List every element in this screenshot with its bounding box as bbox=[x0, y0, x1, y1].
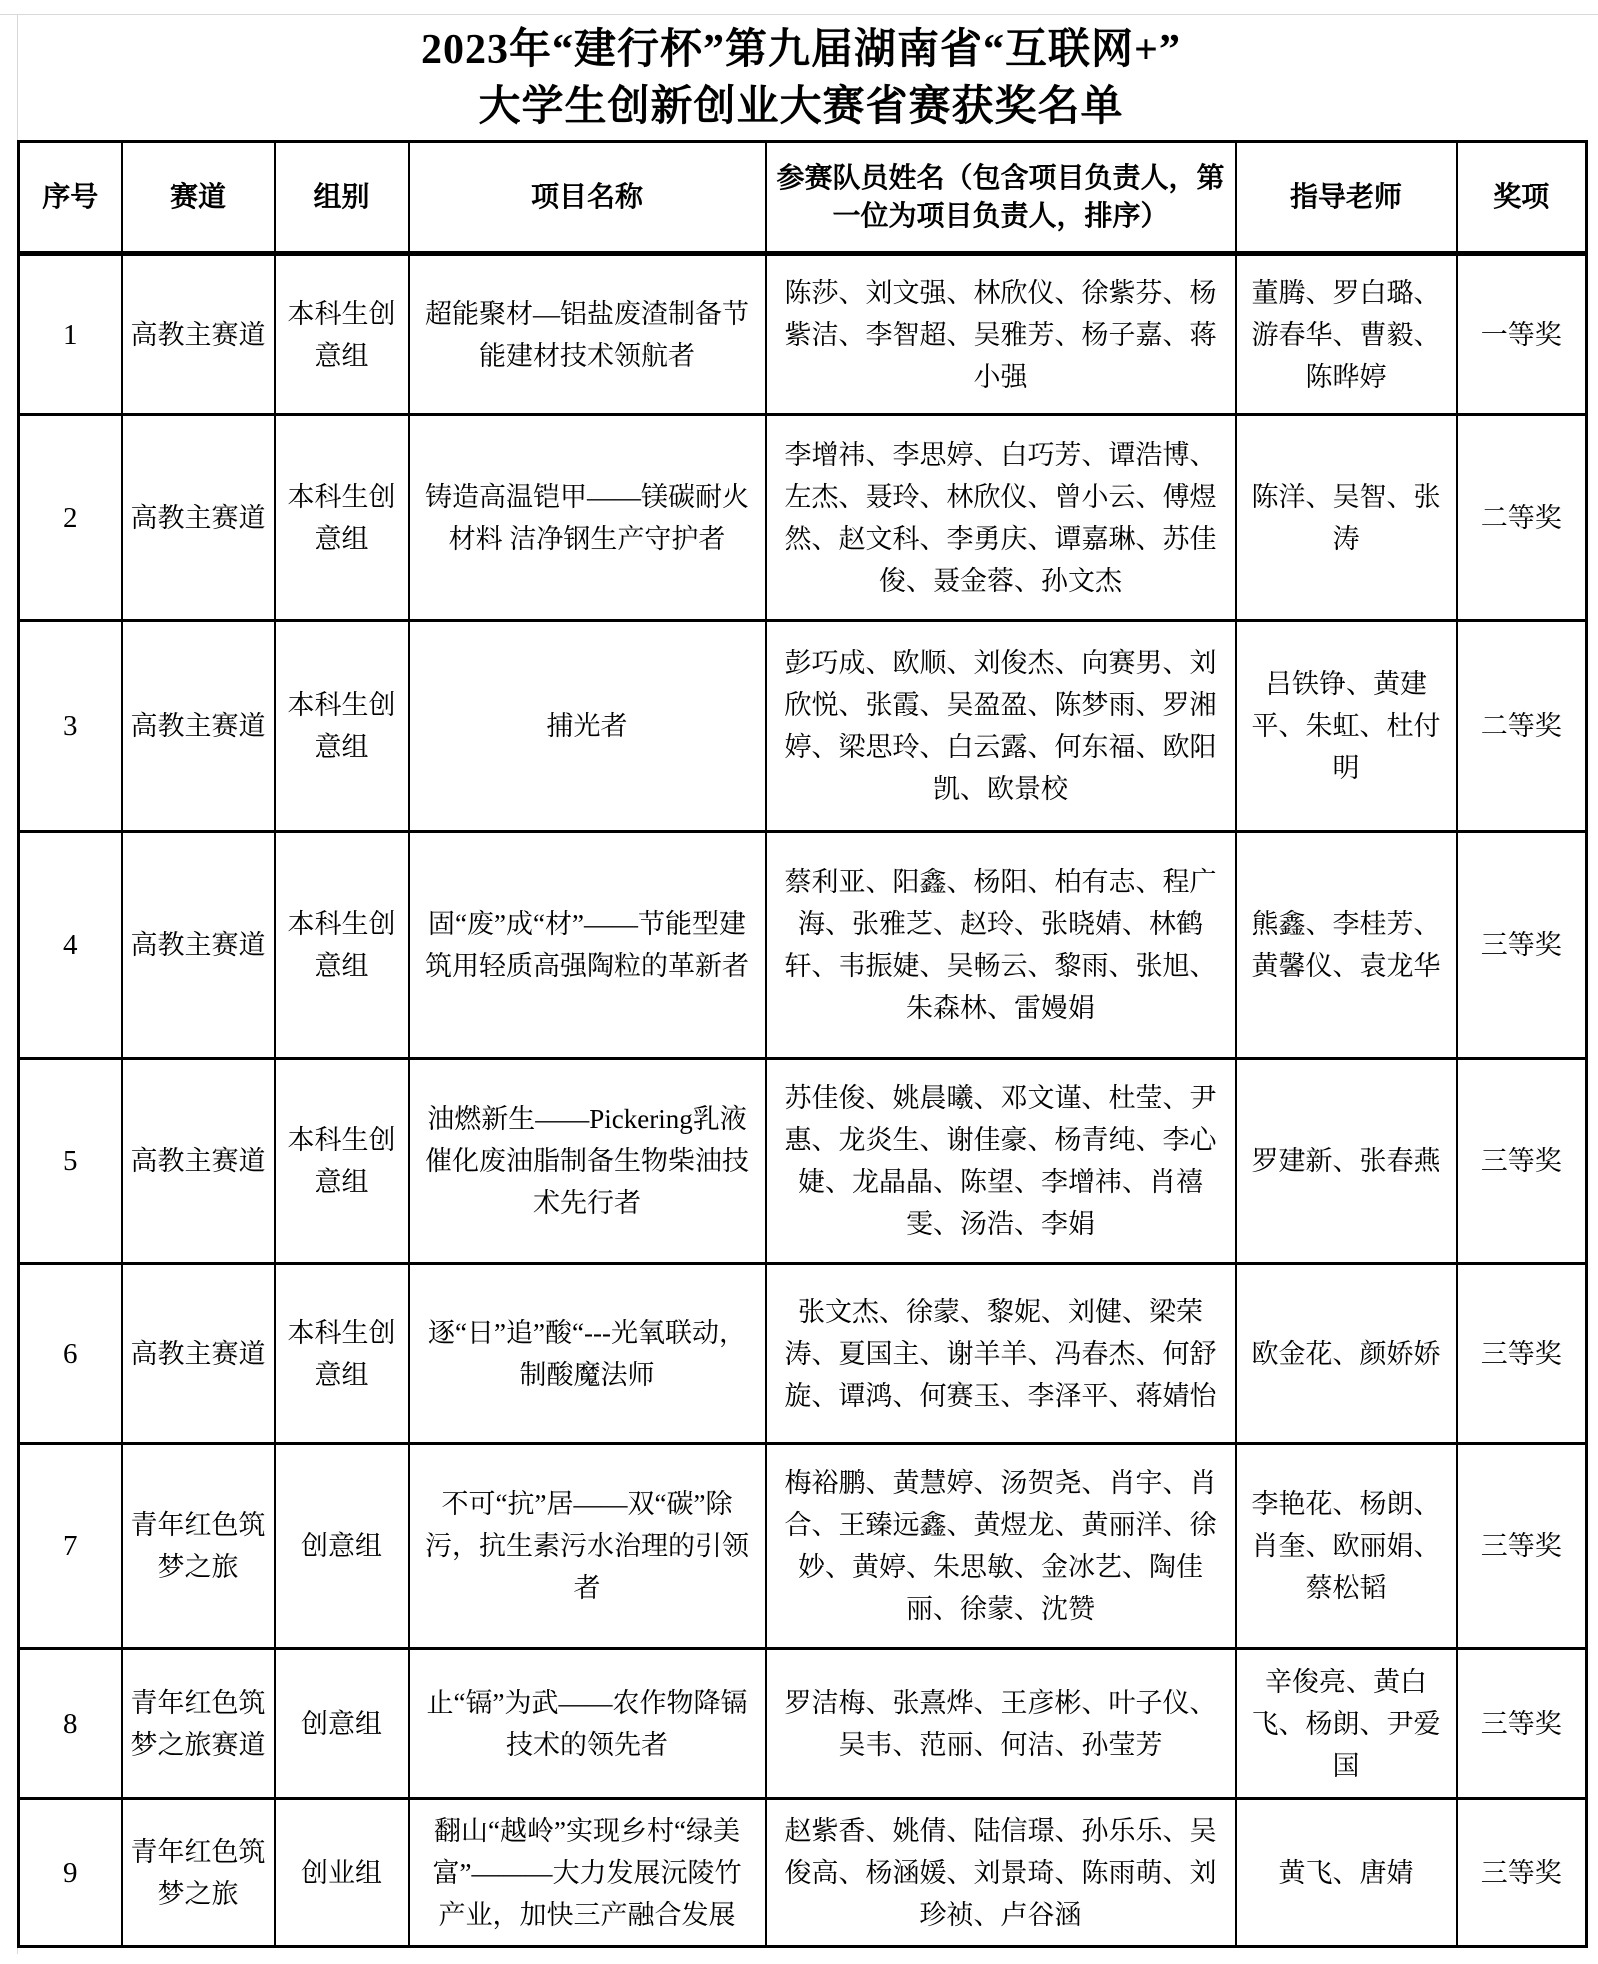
table-row: 4 高教主赛道 本科生创意组 固“废”成“材”——节能型建筑用轻质高强陶粒的革新… bbox=[19, 832, 1587, 1059]
cell-group: 本科生创意组 bbox=[275, 415, 409, 621]
table-row: 3 高教主赛道 本科生创意组 捕光者 彭巧成、欧顺、刘俊杰、向赛男、刘欣悦、张霞… bbox=[19, 621, 1587, 832]
cell-project-name: 捕光者 bbox=[409, 621, 766, 832]
awards-table: 序号 赛道 组别 项目名称 参赛队员姓名（包含项目负责人，第一位为项目负责人，排… bbox=[17, 140, 1588, 1948]
cell-award: 三等奖 bbox=[1457, 1059, 1587, 1264]
cell-members: 李增祎、李思婷、白巧芳、谭浩博、左杰、聂玲、林欣仪、曾小云、傅煜然、赵文科、李勇… bbox=[766, 415, 1236, 621]
cell-serial: 7 bbox=[19, 1444, 122, 1649]
header-row: 序号 赛道 组别 项目名称 参赛队员姓名（包含项目负责人，第一位为项目负责人，排… bbox=[19, 142, 1587, 254]
cell-award: 三等奖 bbox=[1457, 1649, 1587, 1799]
cell-track: 高教主赛道 bbox=[122, 832, 275, 1059]
table-body: 1 高教主赛道 本科生创意组 超能聚材—铝盐废渣制备节能建材技术领航者 陈莎、刘… bbox=[19, 254, 1587, 1947]
cell-serial: 8 bbox=[19, 1649, 122, 1799]
cell-teachers: 辛俊亮、黄白飞、杨朗、尹爱国 bbox=[1236, 1649, 1457, 1799]
col-header-track: 赛道 bbox=[122, 142, 275, 254]
cell-teachers: 董腾、罗白璐、游春华、曹毅、陈晔婷 bbox=[1236, 254, 1457, 415]
cell-group: 本科生创意组 bbox=[275, 1264, 409, 1444]
cell-award: 一等奖 bbox=[1457, 254, 1587, 415]
page: 2023年“建行杯”第九届湖南省“互联网+” 大学生创新创业大赛省赛获奖名单 序… bbox=[0, 0, 1598, 1964]
cell-group: 创意组 bbox=[275, 1649, 409, 1799]
cell-track: 青年红色筑梦之旅赛道 bbox=[122, 1649, 275, 1799]
col-header-serial: 序号 bbox=[19, 142, 122, 254]
cell-serial: 1 bbox=[19, 254, 122, 415]
cell-award: 三等奖 bbox=[1457, 832, 1587, 1059]
cell-track: 高教主赛道 bbox=[122, 254, 275, 415]
document-title: 2023年“建行杯”第九届湖南省“互联网+” 大学生创新创业大赛省赛获奖名单 bbox=[17, 14, 1585, 140]
table-row: 1 高教主赛道 本科生创意组 超能聚材—铝盐废渣制备节能建材技术领航者 陈莎、刘… bbox=[19, 254, 1587, 415]
title-line-2: 大学生创新创业大赛省赛获奖名单 bbox=[17, 79, 1585, 136]
cell-project-name: 固“废”成“材”——节能型建筑用轻质高强陶粒的革新者 bbox=[409, 832, 766, 1059]
cell-teachers: 熊鑫、李桂芳、黄馨仪、袁龙华 bbox=[1236, 832, 1457, 1059]
cell-award: 二等奖 bbox=[1457, 621, 1587, 832]
col-header-group: 组别 bbox=[275, 142, 409, 254]
cell-track: 高教主赛道 bbox=[122, 621, 275, 832]
cell-track: 高教主赛道 bbox=[122, 1264, 275, 1444]
cell-award: 三等奖 bbox=[1457, 1264, 1587, 1444]
cell-group: 创意组 bbox=[275, 1444, 409, 1649]
cell-track: 高教主赛道 bbox=[122, 415, 275, 621]
title-line-1: 2023年“建行杯”第九届湖南省“互联网+” bbox=[17, 22, 1585, 79]
col-header-members: 参赛队员姓名（包含项目负责人，第一位为项目负责人，排序） bbox=[766, 142, 1236, 254]
cell-project-name: 不可“抗”居——双“碳”除污，抗生素污水治理的引领者 bbox=[409, 1444, 766, 1649]
cell-members: 陈莎、刘文强、林欣仪、徐紫芬、杨紫洁、李智超、吴雅芳、杨子嘉、蒋小强 bbox=[766, 254, 1236, 415]
cell-award: 三等奖 bbox=[1457, 1444, 1587, 1649]
cell-members: 彭巧成、欧顺、刘俊杰、向赛男、刘欣悦、张霞、吴盈盈、陈梦雨、罗湘婷、梁思玲、白云… bbox=[766, 621, 1236, 832]
cell-serial: 2 bbox=[19, 415, 122, 621]
col-header-project: 项目名称 bbox=[409, 142, 766, 254]
table-row: 5 高教主赛道 本科生创意组 油燃新生——Pickering乳液催化废油脂制备生… bbox=[19, 1059, 1587, 1264]
cell-members: 张文杰、徐蒙、黎妮、刘健、梁荣涛、夏国主、谢羊羊、冯春杰、何舒旋、谭鸿、何赛玉、… bbox=[766, 1264, 1236, 1444]
cell-project-name: 逐“日”追”酸“---光氧联动，制酸魔法师 bbox=[409, 1264, 766, 1444]
cell-teachers: 吕铁铮、黄建平、朱虹、杜付明 bbox=[1236, 621, 1457, 832]
cell-track: 青年红色筑梦之旅 bbox=[122, 1444, 275, 1649]
table-row: 6 高教主赛道 本科生创意组 逐“日”追”酸“---光氧联动，制酸魔法师 张文杰… bbox=[19, 1264, 1587, 1444]
document-content: 2023年“建行杯”第九届湖南省“互联网+” 大学生创新创业大赛省赛获奖名单 序… bbox=[17, 14, 1585, 1948]
cell-group: 创业组 bbox=[275, 1799, 409, 1947]
cell-project-name: 铸造高温铠甲——镁碳耐火材料 洁净钢生产守护者 bbox=[409, 415, 766, 621]
cell-teachers: 罗建新、张春燕 bbox=[1236, 1059, 1457, 1264]
cell-award: 二等奖 bbox=[1457, 415, 1587, 621]
cell-serial: 6 bbox=[19, 1264, 122, 1444]
table-row: 8 青年红色筑梦之旅赛道 创意组 止“镉”为武——农作物降镉技术的领先者 罗洁梅… bbox=[19, 1649, 1587, 1799]
cell-teachers: 陈洋、吴智、张涛 bbox=[1236, 415, 1457, 621]
cell-serial: 9 bbox=[19, 1799, 122, 1947]
cell-serial: 5 bbox=[19, 1059, 122, 1264]
cell-award: 三等奖 bbox=[1457, 1799, 1587, 1947]
cell-teachers: 欧金花、颜娇娇 bbox=[1236, 1264, 1457, 1444]
cell-members: 梅裕鹏、黄慧婷、汤贺尧、肖宇、肖合、王臻远鑫、黄煜龙、黄丽洋、徐妙、黄婷、朱思敏… bbox=[766, 1444, 1236, 1649]
cell-members: 罗洁梅、张熹烨、王彦彬、叶子仪、吴韦、范丽、何洁、孙莹芳 bbox=[766, 1649, 1236, 1799]
cell-group: 本科生创意组 bbox=[275, 832, 409, 1059]
cell-project-name: 油燃新生——Pickering乳液催化废油脂制备生物柴油技术先行者 bbox=[409, 1059, 766, 1264]
cell-serial: 3 bbox=[19, 621, 122, 832]
col-header-award: 奖项 bbox=[1457, 142, 1587, 254]
table-row: 7 青年红色筑梦之旅 创意组 不可“抗”居——双“碳”除污，抗生素污水治理的引领… bbox=[19, 1444, 1587, 1649]
cell-serial: 4 bbox=[19, 832, 122, 1059]
cell-track: 高教主赛道 bbox=[122, 1059, 275, 1264]
cell-track: 青年红色筑梦之旅 bbox=[122, 1799, 275, 1947]
cell-group: 本科生创意组 bbox=[275, 1059, 409, 1264]
cell-members: 赵紫香、姚倩、陆信璟、孙乐乐、吴俊高、杨涵媛、刘景琦、陈雨萌、刘珍祯、卢谷涵 bbox=[766, 1799, 1236, 1947]
cell-project-name: 超能聚材—铝盐废渣制备节能建材技术领航者 bbox=[409, 254, 766, 415]
col-header-teachers: 指导老师 bbox=[1236, 142, 1457, 254]
cell-teachers: 李艳花、杨朗、肖奎、欧丽娟、蔡松韬 bbox=[1236, 1444, 1457, 1649]
cell-project-name: 止“镉”为武——农作物降镉技术的领先者 bbox=[409, 1649, 766, 1799]
cell-project-name: 翻山“越岭”实现乡村“绿美富”———大力发展沅陵竹产业，加快三产融合发展 bbox=[409, 1799, 766, 1947]
cell-group: 本科生创意组 bbox=[275, 621, 409, 832]
cell-teachers: 黄飞、唐婧 bbox=[1236, 1799, 1457, 1947]
cell-members: 苏佳俊、姚晨曦、邓文谨、杜莹、尹惠、龙炎生、谢佳豪、杨青纯、李心婕、龙晶晶、陈望… bbox=[766, 1059, 1236, 1264]
table-row: 2 高教主赛道 本科生创意组 铸造高温铠甲——镁碳耐火材料 洁净钢生产守护者 李… bbox=[19, 415, 1587, 621]
table-row: 9 青年红色筑梦之旅 创业组 翻山“越岭”实现乡村“绿美富”———大力发展沅陵竹… bbox=[19, 1799, 1587, 1947]
cell-members: 蔡利亚、阳鑫、杨阳、柏有志、程广海、张雅芝、赵玲、张晓婧、林鹤轩、韦振婕、吴畅云… bbox=[766, 832, 1236, 1059]
cell-group: 本科生创意组 bbox=[275, 254, 409, 415]
